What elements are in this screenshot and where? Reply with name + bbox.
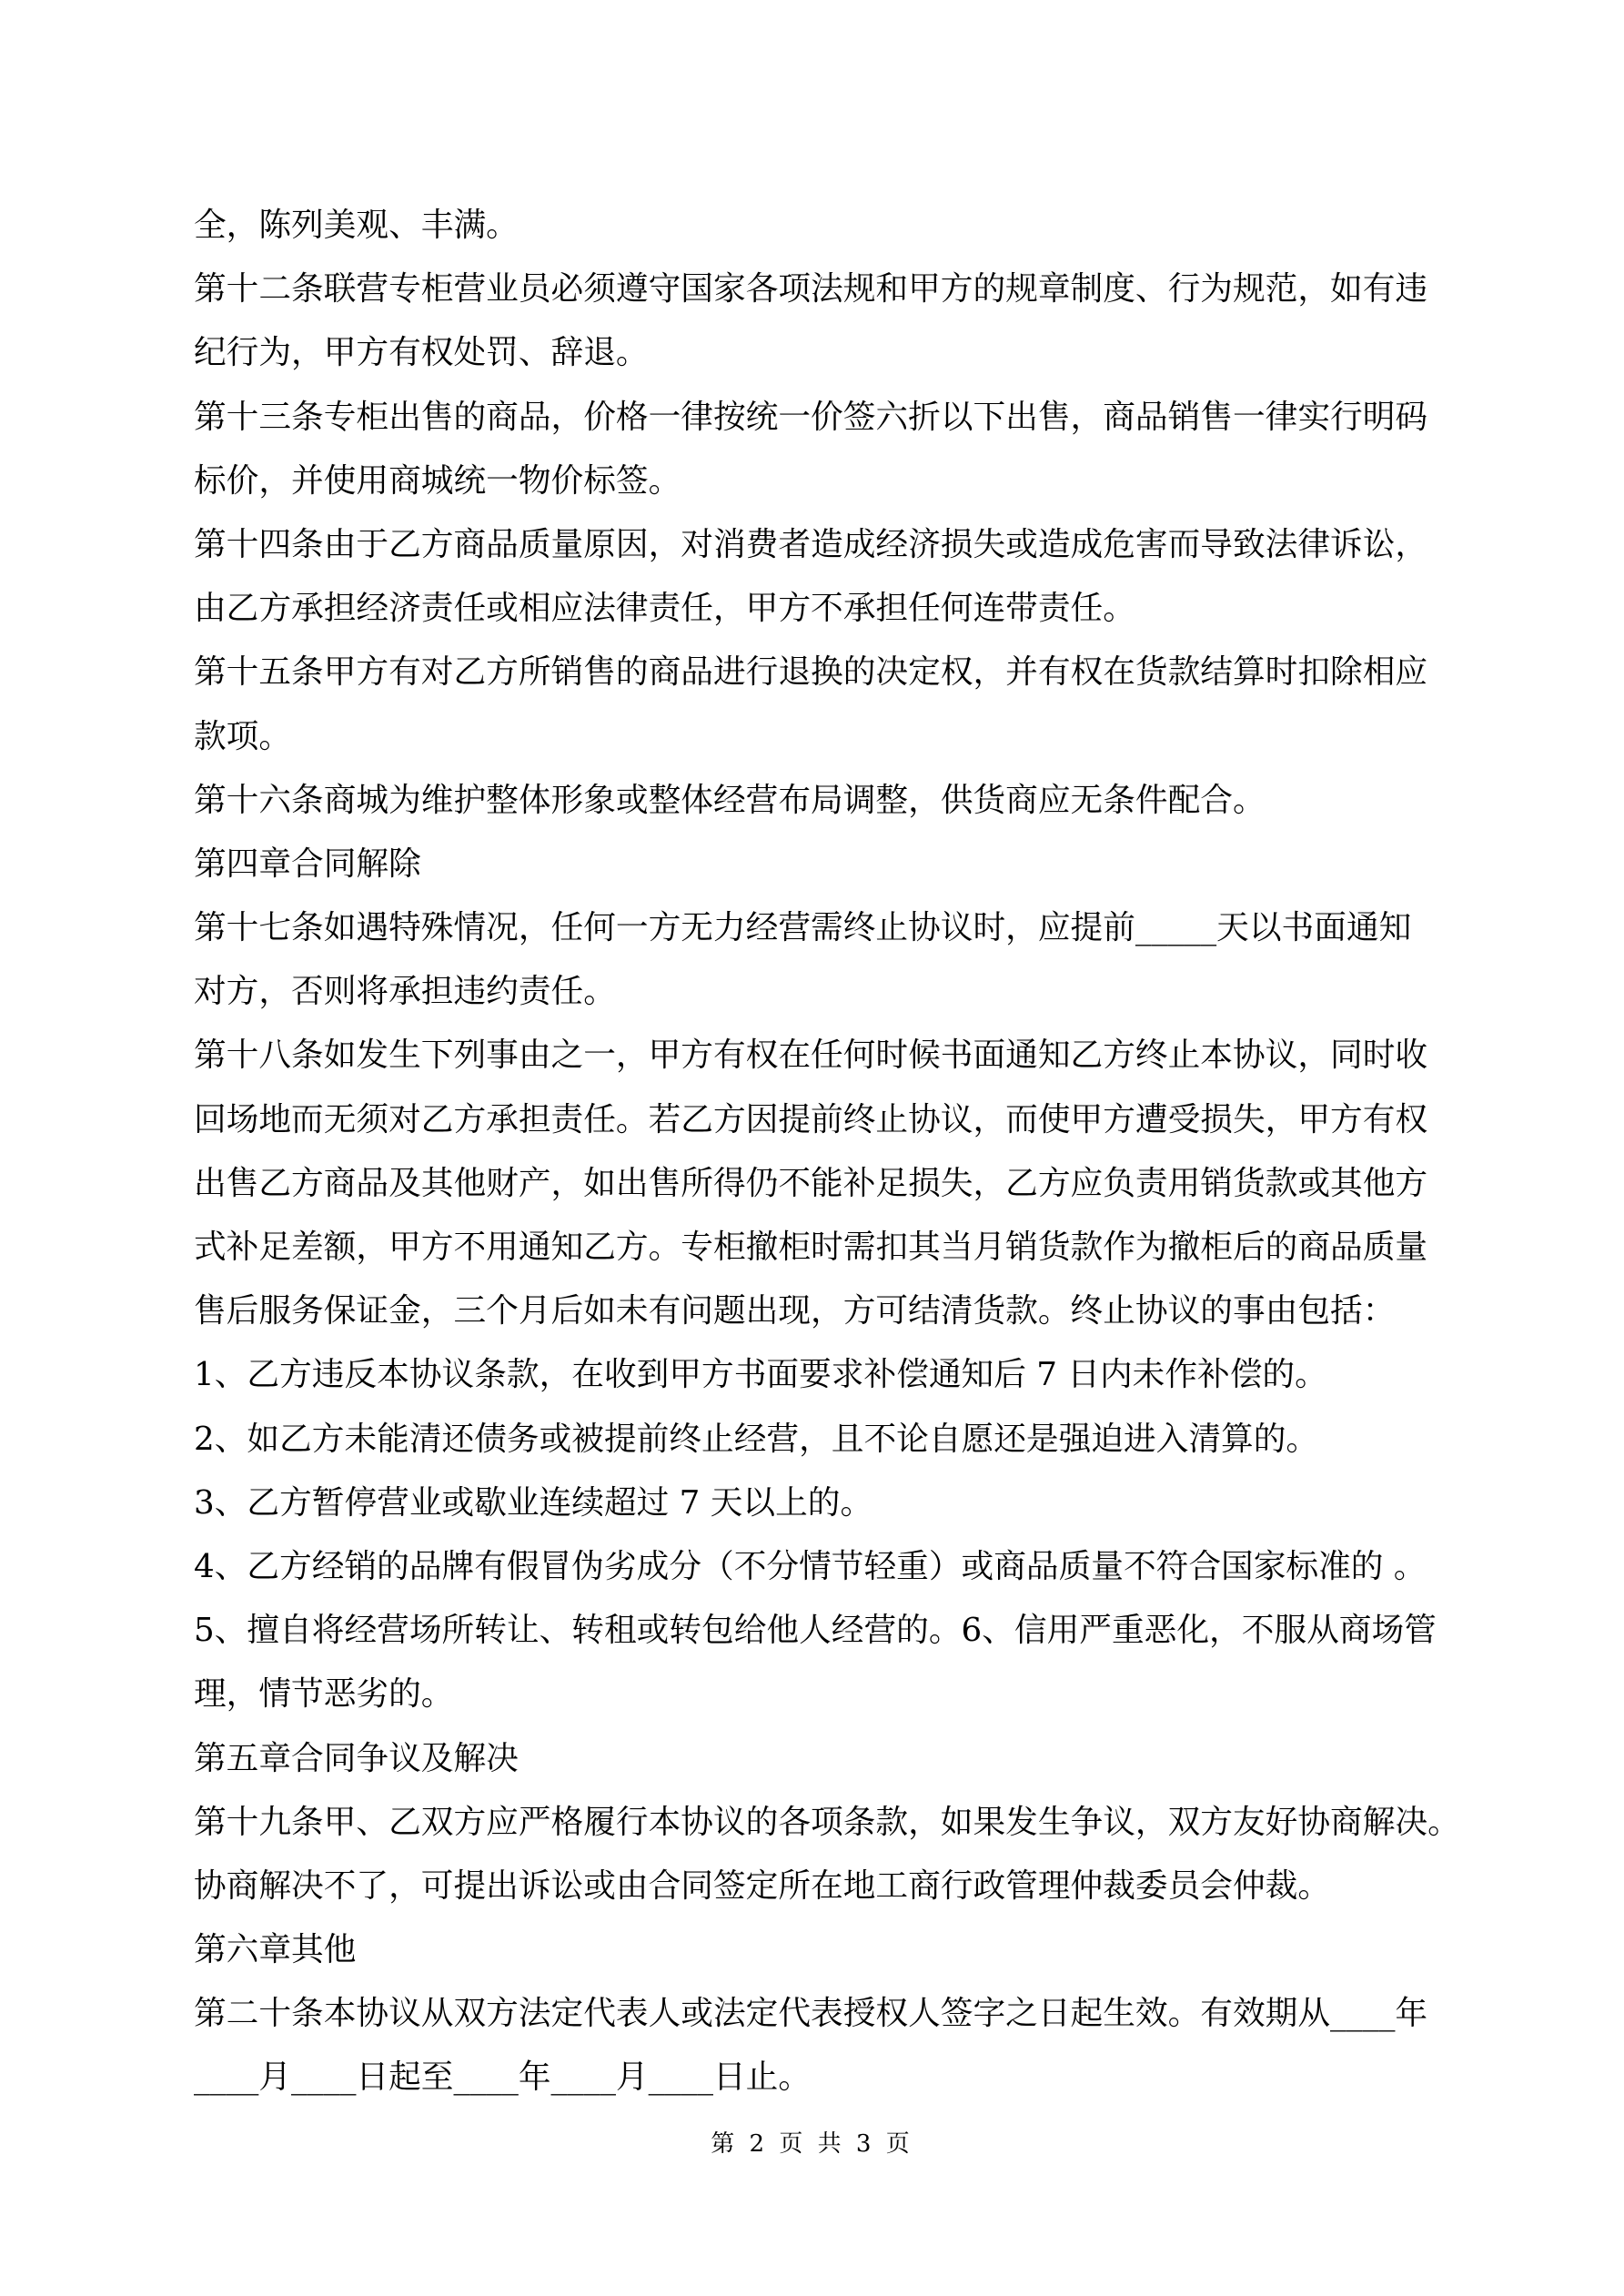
article-20-line: 第二十条本协议从双方法定代表人或法定代表授权人签字之日起生效。有效期从____年 xyxy=(194,1990,1442,2054)
article-15-line: 第十五条甲方有对乙方所销售的商品进行退换的决定权，并有权在货款结算时扣除相应 xyxy=(194,649,1442,713)
text-line: 协商解决不了，可提出诉讼或由合同签定所在地工商行政管理仲裁委员会仲裁。 xyxy=(194,1863,1442,1927)
text-line: 回场地而无须对乙方承担责任。若乙方因提前终止协议，而使甲方遭受损失，甲方有权 xyxy=(194,1097,1442,1160)
list-item-5-6: 5、擅自将经营场所转让、转租或转包给他人经营的。6、信用严重恶化，不服从商场管 xyxy=(194,1607,1442,1671)
article-17-line: 第十七条如遇特殊情况，任何一方无力经营需终止协议时，应提前_____天以书面通知 xyxy=(194,905,1442,968)
list-item-4: 4、乙方经销的品牌有假冒伪劣成分（不分情节轻重）或商品质量不符合国家标准的 。 xyxy=(194,1543,1442,1607)
article-19-line: 第十九条甲、乙双方应严格履行本协议的各项条款，如果发生争议，双方友好协商解决。 xyxy=(194,1799,1442,1863)
list-item-1: 1、乙方违反本协议条款，在收到甲方书面要求补偿通知后 7 日内未作补偿的。 xyxy=(194,1351,1442,1415)
text-line: 由乙方承担经济责任或相应法律责任，甲方不承担任何连带责任。 xyxy=(194,585,1442,649)
article-18-line: 第十八条如发生下列事由之一，甲方有权在任何时候书面通知乙方终止本协议，同时收 xyxy=(194,1032,1442,1096)
document-body: 全，陈列美观、丰满。 第十二条联营专柜营业员必须遵守国家各项法规和甲方的规章制度… xyxy=(194,202,1442,2119)
list-item-3: 3、乙方暂停营业或歇业连续超过 7 天以上的。 xyxy=(194,1480,1442,1543)
text-line: 纪行为，甲方有权处罚、辞退。 xyxy=(194,329,1442,393)
text-line: 出售乙方商品及其他财产，如出售所得仍不能补足损失，乙方应负责用销货款或其他方 xyxy=(194,1160,1442,1224)
text-line: 式补足差额，甲方不用通知乙方。专柜撤柜时需扣其当月销货款作为撤柜后的商品质量 xyxy=(194,1224,1442,1288)
text-line: 款项。 xyxy=(194,713,1442,777)
chapter-5-heading: 第五章合同争议及解决 xyxy=(194,1735,1442,1799)
chapter-6-heading: 第六章其他 xyxy=(194,1927,1442,1990)
article-12-line: 第十二条联营专柜营业员必须遵守国家各项法规和甲方的规章制度、行为规范，如有违 xyxy=(194,266,1442,329)
text-line: 标价，并使用商城统一物价标签。 xyxy=(194,458,1442,521)
text-line: 理，情节恶劣的。 xyxy=(194,1671,1442,1735)
text-line: 售后服务保证金，三个月后如未有问题出现，方可结清货款。终止协议的事由包括： xyxy=(194,1288,1442,1351)
page-number-footer: 第 2 页 共 3 页 xyxy=(0,2126,1624,2162)
list-item-2: 2、如乙方未能清还债务或被提前终止经营，且不论自愿还是强迫进入清算的。 xyxy=(194,1416,1442,1480)
text-line: 全，陈列美观、丰满。 xyxy=(194,202,1442,266)
document-page: 全，陈列美观、丰满。 第十二条联营专柜营业员必须遵守国家各项法规和甲方的规章制度… xyxy=(0,0,1624,2296)
text-line: ____月____日起至____年____月____日止。 xyxy=(194,2054,1442,2118)
article-13-line: 第十三条专柜出售的商品，价格一律按统一价签六折以下出售，商品销售一律实行明码 xyxy=(194,394,1442,458)
text-line: 对方，否则将承担违约责任。 xyxy=(194,968,1442,1032)
chapter-4-heading: 第四章合同解除 xyxy=(194,841,1442,905)
article-16-line: 第十六条商城为维护整体形象或整体经营布局调整，供货商应无条件配合。 xyxy=(194,777,1442,841)
article-14-line: 第十四条由于乙方商品质量原因，对消费者造成经济损失或造成危害而导致法律诉讼， xyxy=(194,521,1442,585)
